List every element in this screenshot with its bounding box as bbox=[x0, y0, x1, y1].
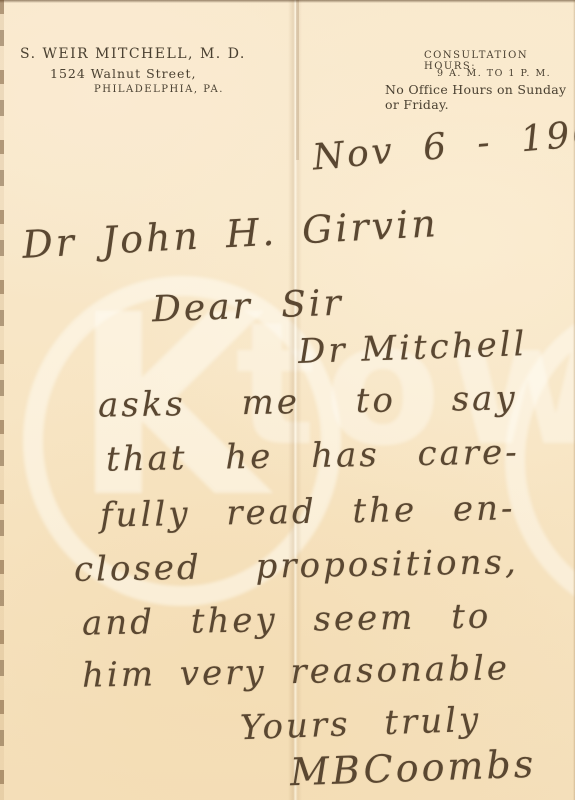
letterhead-consultation-time: 9 A. M. TO 1 P. M. bbox=[437, 68, 551, 79]
handwritten-body-line: Dr Mitchell bbox=[297, 324, 528, 372]
handwritten-closing: Yours truly bbox=[239, 700, 482, 748]
letter-scan: K town S. WEIR MITCHELL, M. D. 1524 Waln… bbox=[0, 0, 575, 800]
handwritten-body-line: closed propositions, bbox=[74, 542, 519, 590]
handwritten-recipient: Dr John H. Girvin bbox=[21, 201, 440, 267]
letterhead-street: 1524 Walnut Street, bbox=[50, 66, 196, 81]
paper-edge-left bbox=[0, 0, 4, 800]
letterhead-name: S. WEIR MITCHELL, M. D. bbox=[20, 46, 246, 62]
handwritten-body-line: fully read the en- bbox=[100, 488, 516, 535]
letterhead-city: PHILADELPHIA, PA. bbox=[94, 84, 224, 95]
handwritten-body-line: asks me to say bbox=[98, 378, 518, 425]
handwritten-body-line: him very reasonable bbox=[82, 648, 511, 695]
handwritten-salutation: Dear Sir bbox=[151, 283, 344, 331]
handwritten-date: Nov 6 - 1900 bbox=[311, 110, 575, 178]
paper-edge-top bbox=[0, 0, 575, 3]
fold-crease-top bbox=[296, 0, 299, 160]
handwritten-signature: MBCoombs bbox=[289, 742, 537, 795]
handwritten-body-line: that he has care- bbox=[106, 432, 520, 479]
handwritten-body-line: and they seem to bbox=[82, 596, 492, 643]
letterhead-consultation-note: No Office Hours on Sunday or Friday. bbox=[385, 82, 575, 112]
